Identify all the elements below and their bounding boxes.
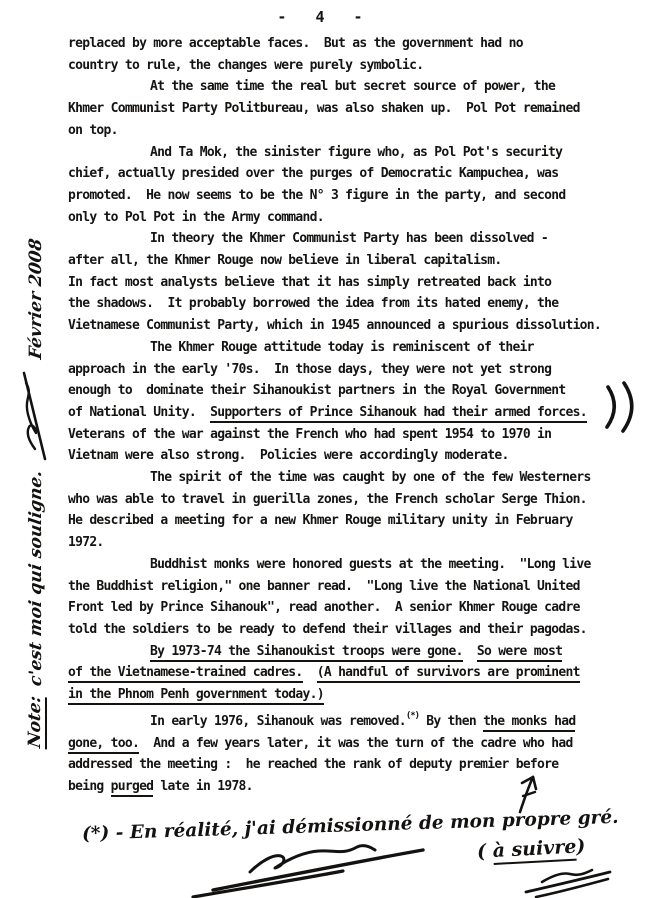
typewritten-line: He described a meeting for a new Khmer R… — [68, 510, 634, 532]
margin-note: Note: c'est moi qui souligne. Février 20… — [18, 152, 54, 748]
typewritten-line: after all, the Khmer Rouge now believe i… — [68, 250, 634, 272]
typewritten-line: of National Unity. Supporters of Prince … — [68, 402, 634, 424]
typewritten-line: At the same time the real but secret sou… — [68, 76, 634, 98]
annotation-arrow-icon — [510, 770, 546, 814]
typewritten-line: in the Phnom Penh government today.) — [68, 684, 634, 706]
scanned-document-page: - 4 - replaced by more acceptable faces.… — [0, 0, 650, 898]
typewritten-line: And Ta Mok, the sinister figure who, as … — [68, 142, 634, 164]
typewritten-line: approach in the early '70s. In those day… — [68, 359, 634, 381]
margin-note-text: c'est moi qui souligne. — [26, 470, 46, 688]
footnote-marker: (*) - — [82, 822, 124, 844]
continuation-note: ( à suivre) — [476, 835, 585, 863]
typewritten-line: who was able to travel in guerilla zones… — [68, 489, 634, 511]
continuation-close: ) — [576, 835, 586, 857]
margin-note-signature-icon — [21, 369, 52, 461]
typewritten-line: Front led by Prince Sihanouk", read anot… — [68, 597, 634, 619]
typewritten-line: on top. — [68, 120, 634, 142]
double-paren-mark — [602, 380, 646, 434]
margin-note-prefix: Note: — [25, 695, 47, 750]
typewritten-line: only to Pol Pot in the Army command. — [68, 207, 634, 229]
typewritten-line: gone, too. And a few years later, it was… — [68, 733, 634, 755]
typewritten-line: The spirit of the time was caught by one… — [68, 467, 634, 489]
typewritten-line: Veterans of the war against the French w… — [68, 424, 634, 446]
typewritten-line: country to rule, the changes were purely… — [68, 55, 634, 77]
typewritten-line: Khmer Communist Party Politbureau, was a… — [68, 98, 634, 120]
initials-scribble — [512, 866, 617, 898]
page-number: - 4 - — [0, 8, 650, 26]
typewritten-line: promoted. He now seems to be the N° 3 fi… — [68, 185, 634, 207]
typewritten-line: 1972. — [68, 532, 634, 554]
typewritten-line: being purged late in 1978. — [68, 776, 634, 798]
signature-scribble — [185, 838, 430, 898]
typewritten-line: the shadows. It probably borrowed the id… — [68, 293, 634, 315]
typewritten-line: The Khmer Rouge attitude today is remini… — [68, 337, 634, 359]
typewritten-line: told the soldiers to be ready to defend … — [68, 619, 634, 641]
typewritten-line: In theory the Khmer Communist Party has … — [68, 228, 634, 250]
continuation-open: ( — [476, 840, 493, 863]
typewritten-line: replaced by more acceptable faces. But a… — [68, 33, 634, 55]
typewritten-line: Vietnam were also strong. Policies were … — [68, 445, 634, 467]
typewritten-line: By 1973-74 the Sihanoukist troops were g… — [68, 641, 634, 663]
margin-note-date: Février 2008 — [26, 237, 46, 360]
typewritten-line: enough to dominate their Sihanoukist par… — [68, 380, 634, 402]
typewritten-line: Buddhist monks were honored guests at th… — [68, 554, 634, 576]
typewritten-text: replaced by more acceptable faces. But a… — [68, 33, 634, 798]
typewritten-line: In early 1976, Sihanouk was removed.(*) … — [68, 706, 634, 733]
typewritten-line: the Buddhist religion," one banner read.… — [68, 576, 634, 598]
typewritten-line: Vietnamese Communist Party, which in 194… — [68, 315, 634, 337]
continuation-label: à suivre — [492, 836, 577, 865]
typewritten-line: chief, actually presided over the purges… — [68, 163, 634, 185]
typewritten-line: In fact most analysts believe that it ha… — [68, 272, 634, 294]
typewritten-line: addressed the meeting : he reached the r… — [68, 754, 634, 776]
typewritten-line: of the Vietnamese-trained cadres. (A han… — [68, 662, 634, 684]
